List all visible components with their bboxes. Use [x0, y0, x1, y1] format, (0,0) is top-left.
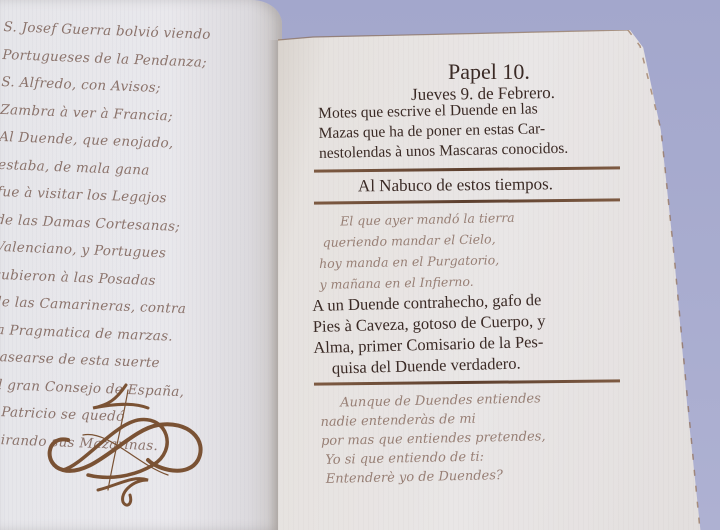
intro-text: Motes que escrive el Duende en las Mazas… — [318, 98, 619, 164]
horizontal-rule — [314, 166, 620, 172]
page-title: Papel 10. — [360, 60, 618, 84]
horizontal-rule — [314, 198, 620, 204]
calligraphic-flourish-icon — [38, 380, 213, 510]
left-page: S. Josef Guerra bolvió viendo Portuguese… — [0, 0, 282, 530]
section-heading: Al Nabuco de estos tiempos. — [358, 173, 618, 198]
handwritten-verse: Aunque de Duendes entiendes nadie entend… — [318, 388, 620, 489]
printed-paragraph: A un Duende contrahecho, gafo de Pies à … — [312, 287, 620, 379]
handwritten-verse: El que ayer mandó la tierra queriendo ma… — [318, 205, 620, 295]
horizontal-rule — [314, 379, 620, 385]
right-page-content: Papel 10. Jueves 9. de Febrero. Motes qu… — [318, 60, 618, 489]
